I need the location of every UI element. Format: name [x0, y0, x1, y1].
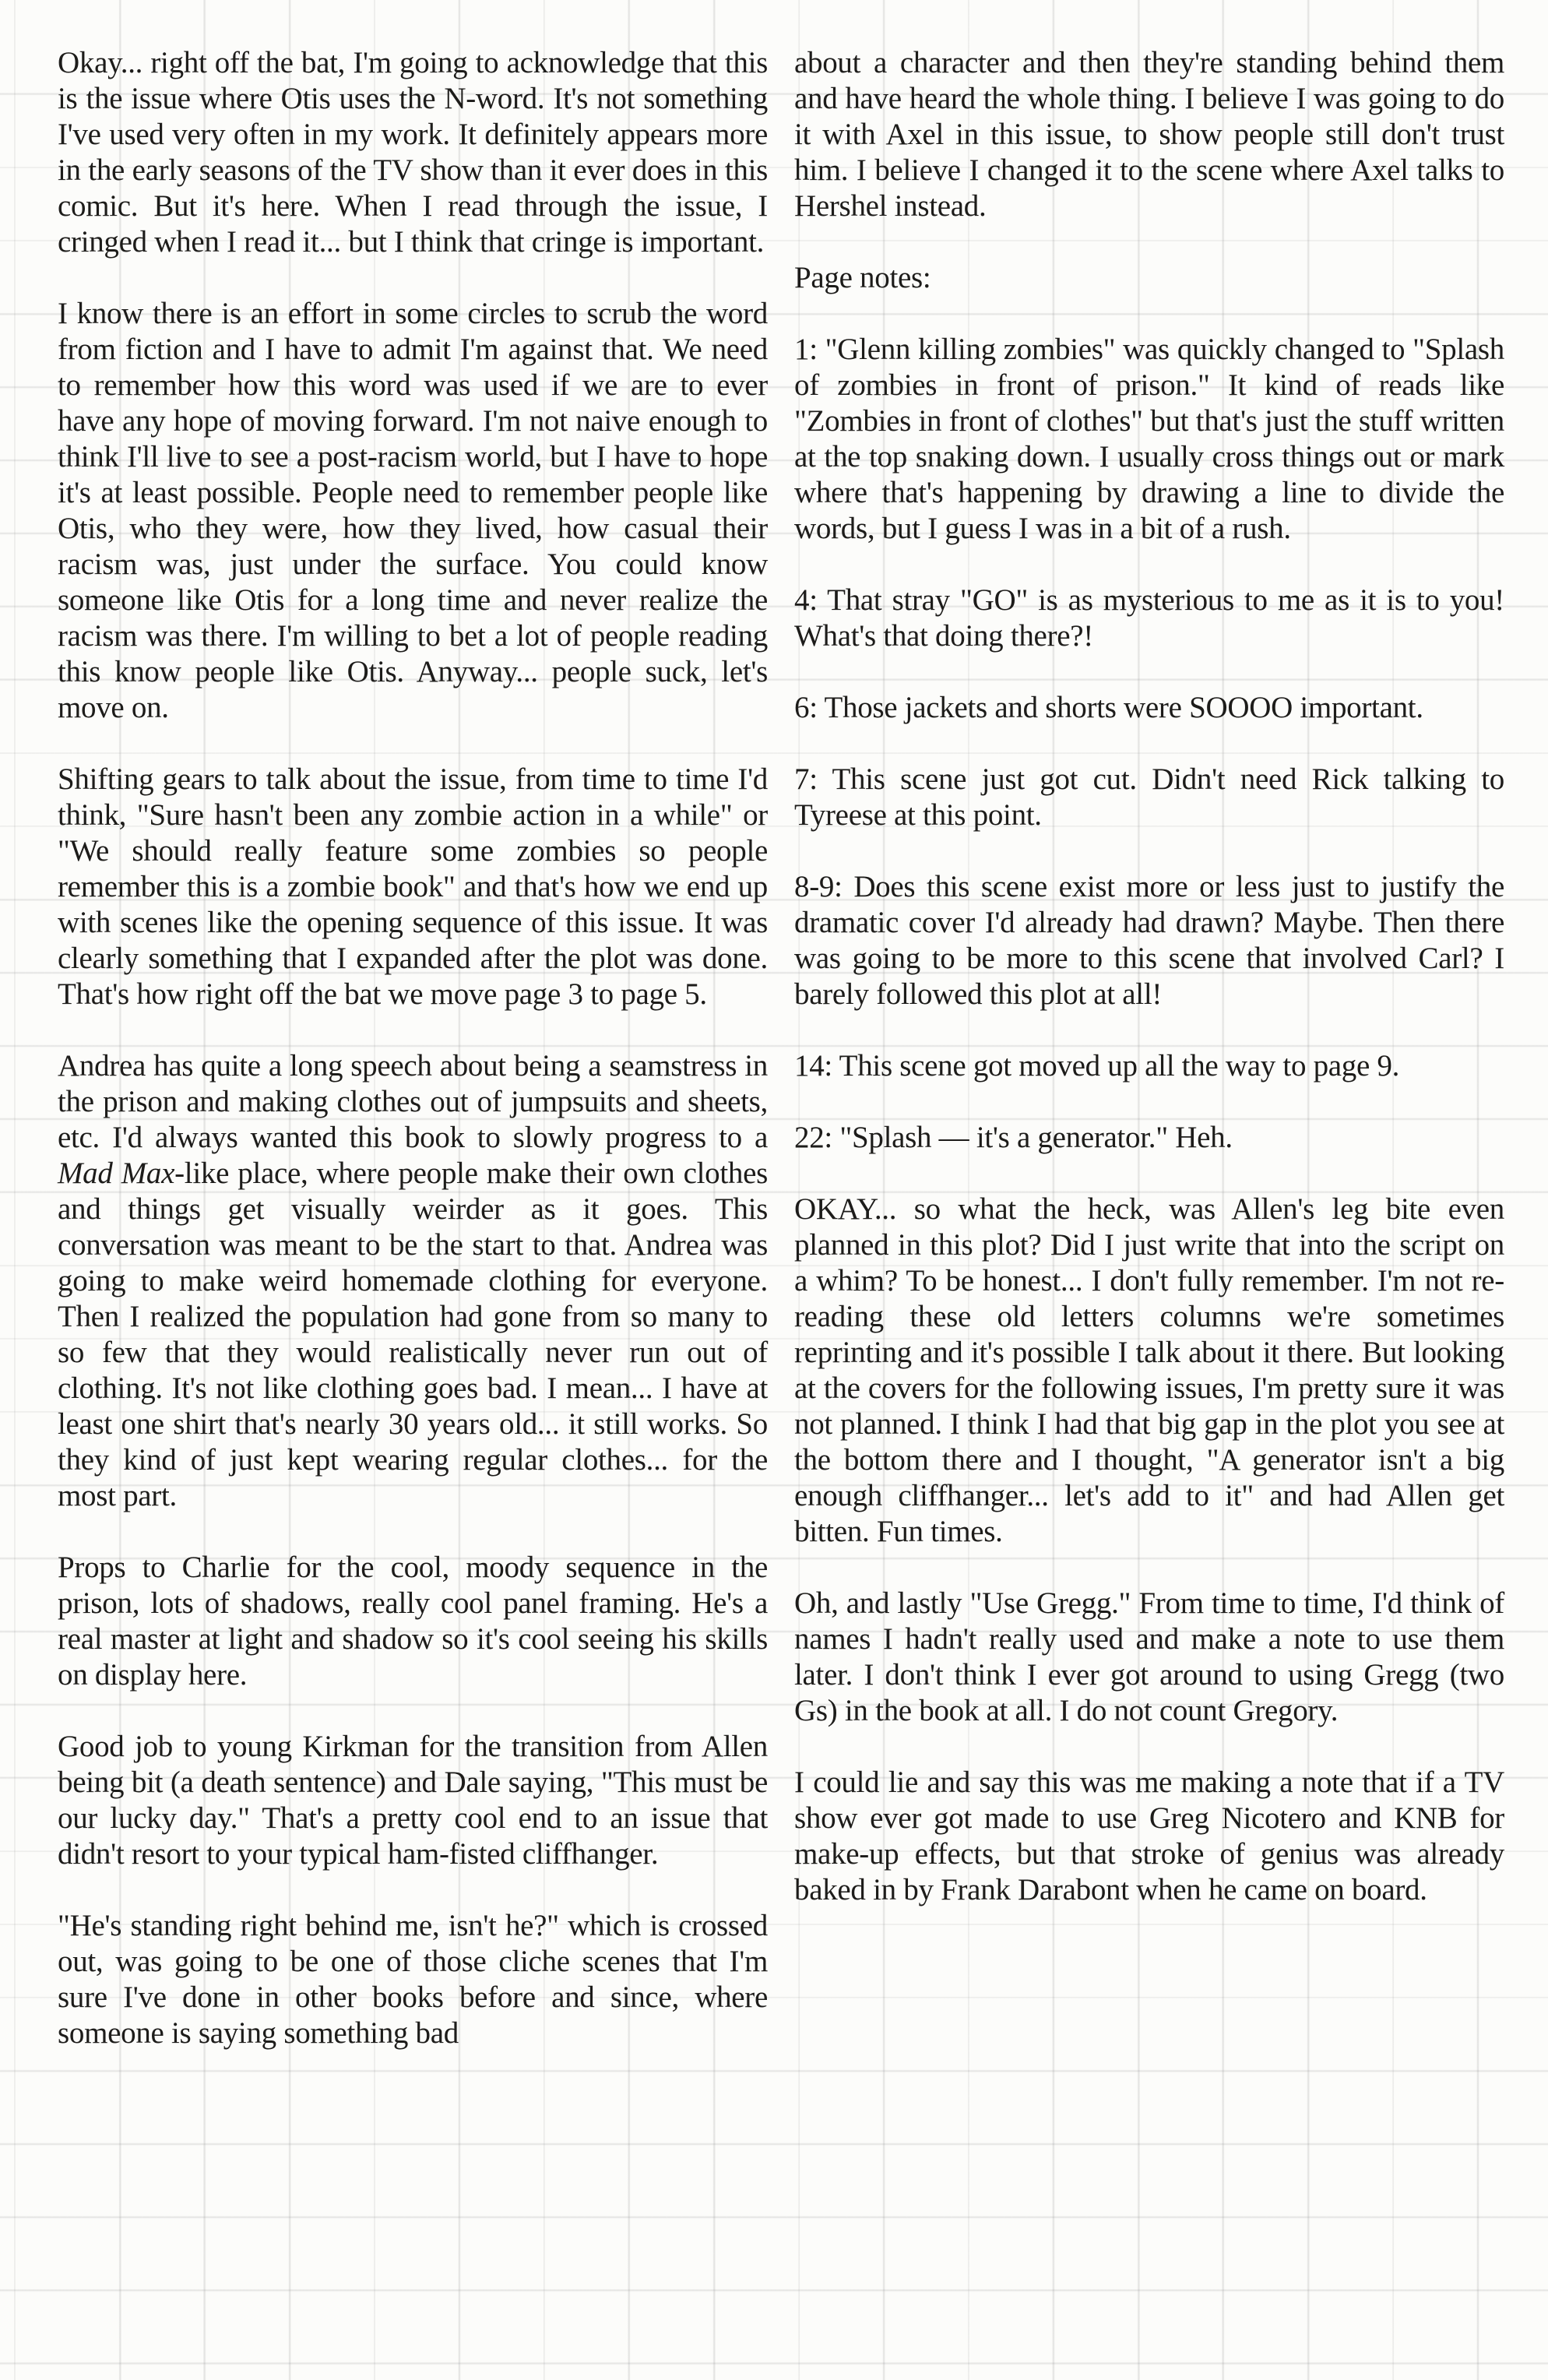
paragraph-kirkman-transition: Good job to young Kirkman for the transi… [58, 1729, 768, 1872]
note-page-1: 1: "Glenn killing zombies" was quickly c… [794, 332, 1504, 547]
note-page-7: 7: This scene just got cut. Didn't need … [794, 762, 1504, 833]
paragraph-shifting-gears: Shifting gears to talk about the issue, … [58, 762, 768, 1012]
page-notes-heading: Page notes: [794, 260, 1504, 296]
paragraph-continuation-axel: about a character and then they're stand… [794, 45, 1504, 224]
note-page-22: 22: "Splash — it's a generator." Heh. [794, 1120, 1504, 1156]
paragraph-text-before: Andrea has quite a long speech about bei… [58, 1049, 768, 1154]
mad-max-italic-title: Mad Max [58, 1157, 174, 1190]
paragraph-props-charlie: Props to Charlie for the cool, moody seq… [58, 1550, 768, 1693]
commentary-page: Okay... right off the bat, I'm going to … [0, 0, 1548, 2380]
paragraph-use-gregg: Oh, and lastly "Use Gregg." From time to… [794, 1586, 1504, 1729]
paragraph-scrub-word: I know there is an effort in some circle… [58, 296, 768, 726]
paragraph-text-after: -like place, where people make their own… [58, 1157, 768, 1512]
paragraph-nicotero-knb: I could lie and say this was me making a… [794, 1765, 1504, 1908]
note-page-6: 6: Those jackets and shorts were SOOOO i… [794, 690, 1504, 726]
note-page-14: 14: This scene got moved up all the way … [794, 1048, 1504, 1084]
paragraph-standing-behind: "He's standing right behind me, isn't he… [58, 1908, 768, 2051]
note-page-8-9: 8-9: Does this scene exist more or less … [794, 869, 1504, 1012]
paragraph-okay-allen-leg-bite: OKAY... so what the heck, was Allen's le… [794, 1192, 1504, 1550]
note-page-4: 4: That stray "GO" is as mysterious to m… [794, 583, 1504, 654]
right-column: about a character and then they're stand… [794, 45, 1504, 1908]
paragraph-otis-intro: Okay... right off the bat, I'm going to … [58, 45, 768, 260]
left-column: Okay... right off the bat, I'm going to … [58, 45, 768, 2051]
paragraph-andrea-seamstress: Andrea has quite a long speech about bei… [58, 1048, 768, 1514]
